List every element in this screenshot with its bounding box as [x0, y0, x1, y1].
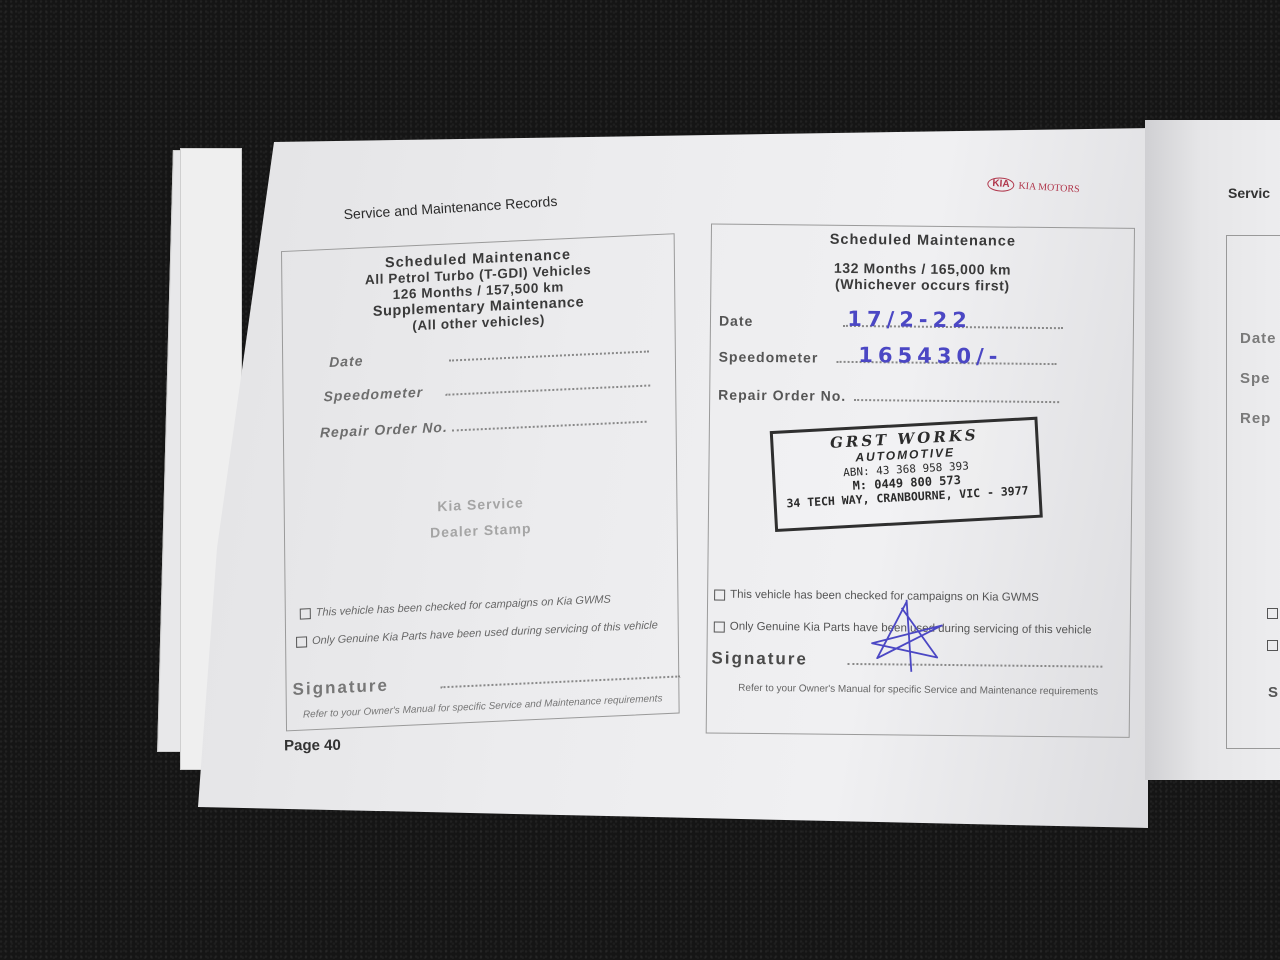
page-number: Page 40 [284, 737, 341, 755]
checkbox-genuine-parts[interactable] [714, 621, 725, 632]
speedometer-field[interactable]: Speedometer 165430/- [719, 349, 1057, 369]
date-field[interactable]: Date 17/2-22 [719, 313, 1064, 333]
speedometer-line[interactable] [445, 384, 650, 396]
signature-label: Signature [293, 676, 390, 700]
footnote: Refer to your Owner's Manual for specifi… [707, 682, 1129, 697]
next-page-title: Servic [1228, 185, 1270, 201]
maintenance-record-126-months: Scheduled Maintenance All Petrol Turbo (… [281, 233, 680, 731]
signature-scribble-icon [867, 597, 948, 673]
repair-order-line[interactable] [854, 398, 1059, 403]
kia-brand-logo: KIA KIA MOTORS [987, 177, 1080, 196]
next-page-record-box [1226, 235, 1280, 749]
kia-logo-icon: KIA [987, 177, 1015, 193]
repair-order-label: Repair Order No. [718, 387, 846, 404]
signature-label: Signature [711, 649, 808, 670]
campaign-check[interactable]: This vehicle has been checked for campai… [300, 594, 611, 620]
dealer-stamp-area: Kia Service Dealer Stamp [285, 482, 677, 552]
speedometer-label: Speedometer [323, 384, 423, 405]
date-line[interactable] [449, 350, 649, 362]
repair-order-field[interactable]: Repair Order No. [320, 410, 647, 441]
brand-name: KIA MOTORS [1018, 180, 1080, 195]
next-page-checkbox[interactable] [1267, 640, 1278, 651]
record-line: (Whichever occurs first) [711, 274, 1133, 294]
signature-line[interactable] [441, 674, 681, 688]
repair-order-line[interactable] [452, 420, 647, 432]
handwritten-date: 17/2-22 [847, 307, 972, 332]
date-label: Date [329, 352, 363, 370]
date-field[interactable]: Date [329, 339, 649, 370]
next-page-checkbox[interactable] [1267, 608, 1278, 619]
service-booklet: Service and Maintenance Records KIA KIA … [0, 0, 1280, 960]
speedometer-field[interactable]: Speedometer [323, 374, 650, 405]
checkbox-campaigns[interactable] [300, 608, 311, 620]
next-page-signature-label: S [1268, 684, 1279, 701]
checkbox-genuine-parts[interactable] [296, 636, 307, 648]
dealer-stamp: GRST WORKS AUTOMOTIVE ABN: 43 368 958 39… [770, 417, 1043, 532]
record-heading: Scheduled Maintenance [712, 230, 1134, 250]
repair-order-field[interactable]: Repair Order No. [718, 387, 1059, 407]
date-line[interactable]: 17/2-22 [843, 324, 1063, 329]
speedometer-line[interactable]: 165430/- [836, 360, 1056, 365]
checkbox-campaigns[interactable] [714, 589, 725, 600]
next-page-date-label: Date [1240, 330, 1277, 347]
handwritten-speedometer: 165430/- [858, 343, 1002, 369]
date-label: Date [719, 313, 754, 329]
speedometer-label: Speedometer [719, 349, 819, 366]
next-page-speedometer-label: Spe [1240, 370, 1271, 387]
repair-order-label: Repair Order No. [320, 419, 448, 441]
page-title: Service and Maintenance Records [343, 193, 558, 222]
genuine-parts-check[interactable]: Only Genuine Kia Parts have been used du… [296, 619, 658, 647]
next-page-repair-order-label: Rep [1240, 410, 1271, 427]
